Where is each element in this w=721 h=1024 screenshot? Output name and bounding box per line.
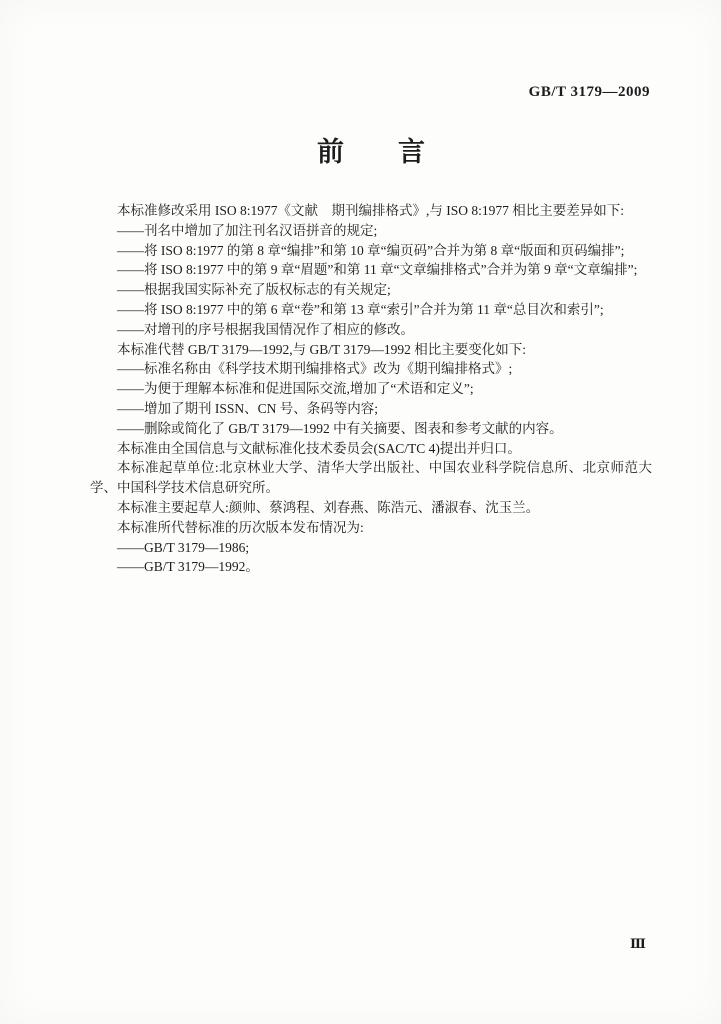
page-title: 前 言	[90, 130, 652, 169]
foreword-paragraph: ——GB/T 3179—1986;	[90, 538, 652, 558]
foreword-paragraph: ——标准名称由《科学技术期刊编排格式》改为《期刊编排格式》;	[90, 359, 652, 379]
foreword-body: 本标准修改采用 ISO 8:1977《文献 期刊编排格式》,与 ISO 8:19…	[90, 201, 652, 577]
foreword-paragraph: ——将 ISO 8:1977 中的第 6 章“卷”和第 13 章“索引”合并为第…	[90, 300, 652, 320]
foreword-paragraph: 本标准代替 GB/T 3179—1992,与 GB/T 3179—1992 相比…	[90, 340, 652, 360]
foreword-paragraph: ——GB/T 3179—1992。	[90, 557, 652, 577]
foreword-paragraph: ——根据我国实际补充了版权标志的有关规定;	[90, 280, 652, 300]
foreword-paragraph: 本标准由全国信息与文献标准化技术委员会(SAC/TC 4)提出并归口。	[90, 439, 652, 459]
foreword-paragraph: 本标准所代替标准的历次版本发布情况为:	[90, 518, 652, 538]
page-number: Ⅲ	[630, 936, 646, 952]
foreword-paragraph: ——对增刊的序号根据我国情况作了相应的修改。	[90, 320, 652, 340]
foreword-paragraph: ——为便于理解本标准和促进国际交流,增加了“术语和定义”;	[90, 379, 652, 399]
foreword-paragraph: 本标准起草单位:北京林业大学、清华大学出版社、中国农业科学院信息所、北京师范大学…	[90, 458, 652, 498]
document-page: GB/T 3179—2009 前 言 本标准修改采用 ISO 8:1977《文献…	[0, 0, 721, 1024]
foreword-paragraph: ——删除或简化了 GB/T 3179—1992 中有关摘要、图表和参考文献的内容…	[90, 419, 652, 439]
standard-code: GB/T 3179—2009	[529, 84, 650, 101]
foreword-paragraph: ——增加了期刊 ISSN、CN 号、条码等内容;	[90, 399, 652, 419]
foreword-paragraph: 本标准修改采用 ISO 8:1977《文献 期刊编排格式》,与 ISO 8:19…	[90, 201, 652, 221]
foreword-paragraph: ——将 ISO 8:1977 的第 8 章“编排”和第 10 章“编页码”合并为…	[90, 241, 652, 261]
foreword-paragraph: 本标准主要起草人:颜帅、蔡鸿程、刘春燕、陈浩元、潘淑春、沈玉兰。	[90, 498, 652, 518]
foreword-paragraph: ——将 ISO 8:1977 中的第 9 章“眉题”和第 11 章“文章编排格式…	[90, 260, 652, 280]
foreword-paragraph: ——刊名中增加了加注刊名汉语拼音的规定;	[90, 221, 652, 241]
